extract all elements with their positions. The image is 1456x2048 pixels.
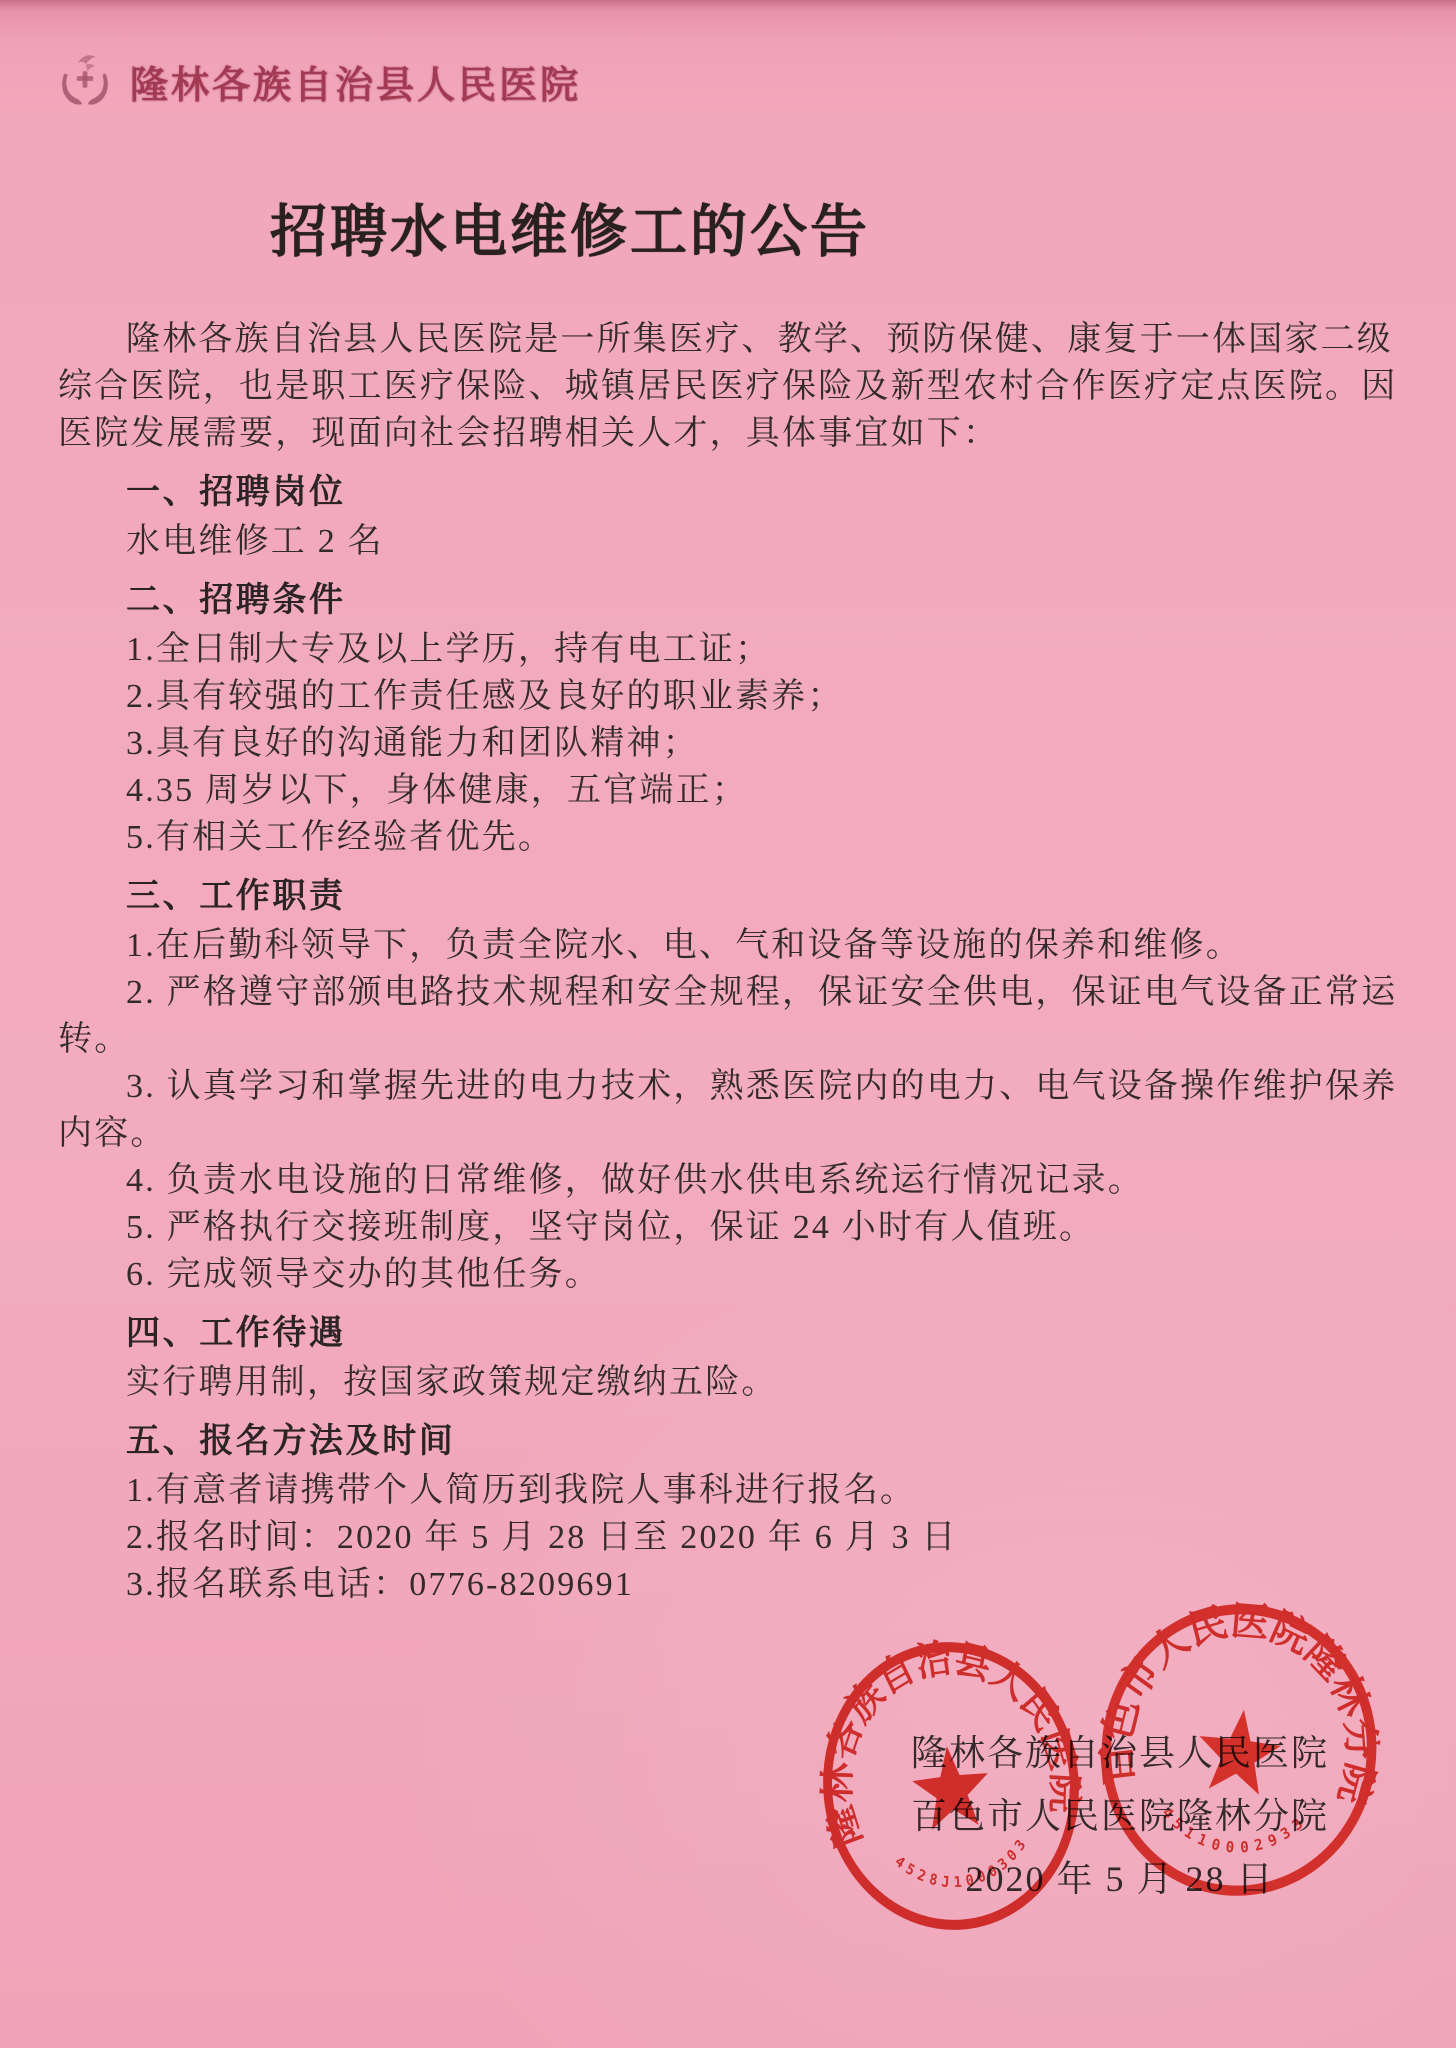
section-4-item: 实行聘用制，按国家政策规定缴纳五险。 bbox=[58, 1359, 1400, 1406]
svg-text:4528J1000303: 4528J1000303 bbox=[890, 1834, 1034, 1898]
section-3-item: 4. 负责水电设施的日常维修，做好供水供电系统运行情况记录。 bbox=[58, 1157, 1400, 1204]
seal-ring-text: 百色市人民医院隆林分院 bbox=[1090, 1582, 1400, 1821]
section-5-item: 2.报名时间：2020 年 5 月 28 日至 2020 年 6 月 3 日 bbox=[58, 1514, 1400, 1561]
intro-paragraph: 隆林各族自治县人民医院是一所集医疗、教学、预防保健、康复于一体国家二级综合医院，… bbox=[58, 316, 1400, 457]
section-3-item: 1.在后勤科领导下，负责全院水、电、气和设备等设施的保养和维修。 bbox=[58, 922, 1400, 969]
section-5-heading: 五、报名方法及时间 bbox=[58, 1418, 1400, 1465]
svg-text:隆林各族自治县人民医院: 隆林各族自治县人民医院 bbox=[803, 1624, 1089, 1853]
seal-star-icon bbox=[909, 1742, 993, 1831]
section-3-heading: 三、工作职责 bbox=[58, 873, 1400, 920]
section-1-heading: 一、招聘岗位 bbox=[58, 469, 1400, 516]
seal-serial-number: 45110002933 bbox=[1155, 1797, 1310, 1865]
seal-ring-text: 隆林各族自治县人民医院 bbox=[803, 1624, 1089, 1853]
svg-text:45110002933: 45110002933 bbox=[1155, 1797, 1310, 1865]
announcement-title: 招聘水电维修工的公告 bbox=[270, 186, 870, 268]
section-2-heading: 二、招聘条件 bbox=[58, 577, 1400, 624]
official-seal-left-icon: 隆林各族自治县人民医院 4528J1000303 bbox=[803, 1623, 1099, 1949]
section-4-heading: 四、工作待遇 bbox=[58, 1310, 1400, 1357]
section-5-item: 1.有意者请携带个人简历到我院人事科进行报名。 bbox=[58, 1467, 1400, 1514]
official-seal-right-icon: 百色市人民医院隆林分院 45110002933 bbox=[1079, 1582, 1400, 1919]
section-3-item: 5. 严格执行交接班制度，坚守岗位，保证 24 小时有人值班。 bbox=[58, 1204, 1400, 1251]
hospital-name: 隆林各族自治县人民医院 bbox=[130, 54, 581, 109]
section-2-item: 4.35 周岁以下，身体健康，五官端正； bbox=[58, 767, 1400, 814]
section-2-item: 3.具有良好的沟通能力和团队精神； bbox=[58, 720, 1400, 767]
svg-text:百色市人民医院隆林分院: 百色市人民医院隆林分院 bbox=[1090, 1582, 1400, 1821]
section-3-item: 2. 严格遵守部颁电路技术规程和安全规程，保证安全供电，保证电气设备正常运转。 bbox=[58, 969, 1400, 1063]
section-2-item: 5.有相关工作经验者优先。 bbox=[58, 814, 1400, 861]
section-2-item: 2.具有较强的工作责任感及良好的职业素养； bbox=[58, 673, 1400, 720]
section-3-item: 3. 认真学习和掌握先进的电力技术，熟悉医院内的电力、电气设备操作维护保养内容。 bbox=[58, 1063, 1400, 1157]
hospital-logo-icon bbox=[56, 50, 114, 112]
letterhead: 隆林各族自治县人民医院 bbox=[56, 50, 581, 112]
section-3-item: 6. 完成领导交办的其他任务。 bbox=[58, 1251, 1400, 1298]
announcement-body: 隆林各族自治县人民医院是一所集医疗、教学、预防保健、康复于一体国家二级综合医院，… bbox=[58, 316, 1400, 1608]
section-1-item: 水电维修工 2 名 bbox=[58, 518, 1400, 565]
seal-star-icon bbox=[1193, 1705, 1284, 1797]
section-2-item: 1.全日制大专及以上学历，持有电工证； bbox=[58, 626, 1400, 673]
seal-serial-number: 4528J1000303 bbox=[890, 1834, 1034, 1898]
